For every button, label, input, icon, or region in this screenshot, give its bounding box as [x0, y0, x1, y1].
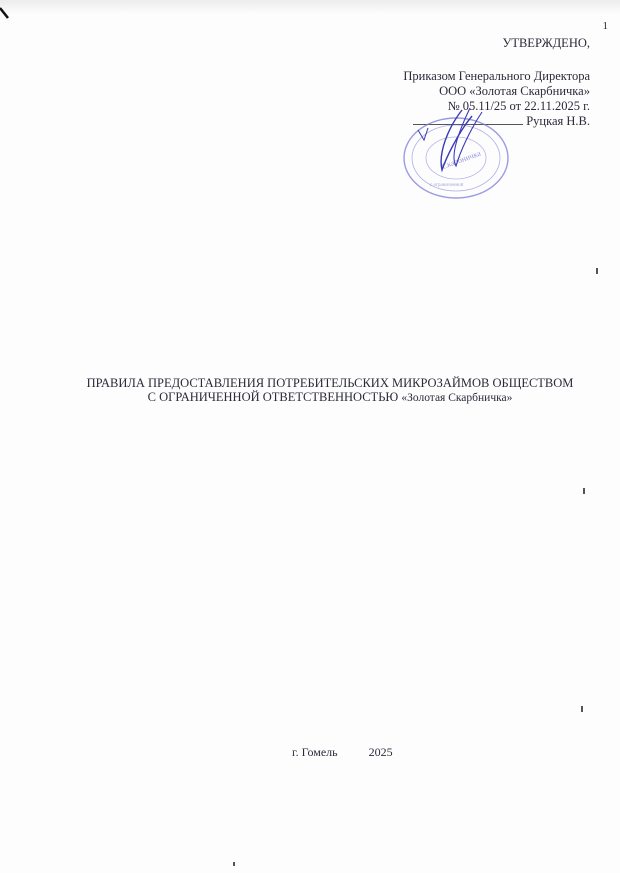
title-company-name: «Золотая Скарбничка» [401, 392, 512, 404]
document-page: 1 УТВЕРЖДЕНО, Приказом Генерального Дире… [0, 0, 620, 873]
title-line-1: ПРАВИЛА ПРЕДОСТАВЛЕНИЯ ПОТРЕБИТЕЛЬСКИХ М… [60, 376, 600, 390]
scan-speck [233, 862, 235, 866]
svg-text:с ограниченной: с ограниченной [430, 183, 464, 188]
page-number: 1 [603, 20, 609, 32]
company-stamp-icon: Скарбничка с ограниченной [400, 108, 518, 200]
approval-order-line: Приказом Генерального Директора [403, 69, 590, 84]
document-title: ПРАВИЛА ПРЕДОСТАВЛЕНИЯ ПОТРЕБИТЕЛЬСКИХ М… [60, 376, 600, 405]
document-footer: г. Гомель 2025 [292, 745, 393, 760]
city: г. Гомель [292, 745, 338, 759]
scan-speck [596, 268, 598, 274]
title-line-2: С ОГРАНИЧЕННОЙ ОТВЕТСТВЕННОСТЬЮ «Золотая… [60, 390, 600, 405]
year: 2025 [369, 745, 393, 759]
scan-speck [583, 488, 585, 494]
scan-corner-mark [0, 6, 10, 20]
scan-edge-shadow [0, 0, 620, 14]
signatory-name: Руцкая Н.В. [526, 114, 590, 128]
scan-speck [581, 706, 583, 712]
approval-company-line: ООО «Золотая Скарбничка» [403, 84, 590, 99]
approval-heading: УТВЕРЖДЕНО, [403, 36, 590, 51]
